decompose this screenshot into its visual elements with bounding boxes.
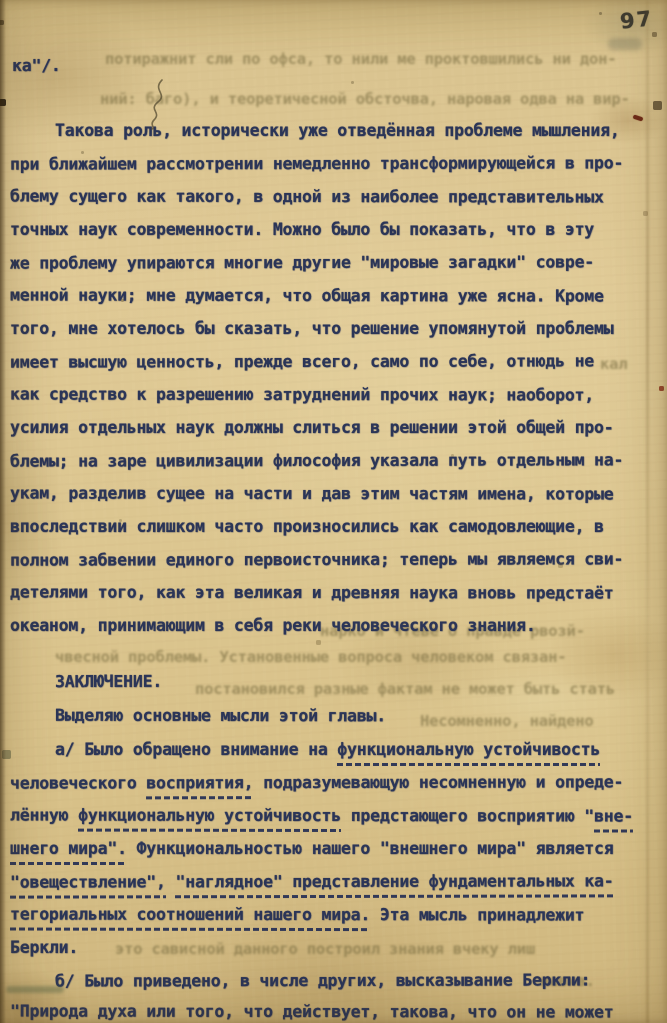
typed-line: как средство к разрешению затруднений пр… — [10, 384, 594, 405]
typed-line: а/ Было обращено внимание на функциональ… — [55, 740, 600, 760]
typed-line: менной науки; мне думается, что общая ка… — [10, 285, 604, 306]
typed-line: блемы; на заре цивилизации философия ука… — [10, 450, 623, 471]
typed-line: имеет высшую ценность, прежде всего, сам… — [10, 351, 594, 372]
scanned-page: потиражнит сли по офса, то нили ме прокт… — [0, 0, 667, 1023]
page-number: 97 — [619, 6, 655, 33]
underlined-phrase: функциональную устойчивость — [337, 740, 600, 766]
bleedthrough-line: постановился разные фактам не может быть… — [195, 680, 615, 698]
typed-line: блему сущего как такого, в одной из наиб… — [10, 186, 604, 207]
bleedthrough-line: чвесной проблемы. Установенные вопроса ч… — [55, 648, 566, 666]
ink-smudge-left-margin — [6, 986, 64, 993]
ink-specks — [0, 0, 1, 1]
page-left-edge-shadow — [0, 0, 6, 1023]
typed-line: тегориальных соотношений нашего мира. Эт… — [10, 904, 584, 925]
typed-line: же проблему упираются многие другие "мир… — [10, 252, 594, 273]
typed-line: того, мне хотелось бы сказать, что решен… — [10, 319, 614, 339]
underlined-phrase: тегориальных соотношений нашего мира. — [10, 904, 370, 931]
typed-line: точных наук современности. Можно было бы… — [10, 220, 594, 240]
underlined-phrase: "овеществление", — [10, 872, 166, 898]
typed-line: усилия отдельных наук должны слиться в р… — [10, 418, 614, 438]
underlined-phrase: вне- — [594, 806, 633, 832]
typed-line: при ближайшем рассмотрении немедленно тр… — [10, 153, 623, 174]
typed-line: детелями того, как эта великая и древняя… — [10, 582, 614, 603]
typed-line: океаном, принимающим в себя реки человеч… — [10, 616, 536, 636]
underlined-phrase: функциональную устойчивость — [78, 806, 341, 832]
paper-crease — [646, 0, 649, 1023]
bleedthrough-line: ний: баго), и теоретичесной обсточва, на… — [100, 90, 630, 108]
bleedthrough-line: Несомненно, найдено — [420, 712, 594, 730]
typed-line: Такова роль, исторически уже отведённая … — [55, 121, 620, 141]
bleedthrough-line: это сависной данного построил знания вче… — [115, 940, 535, 958]
underlined-phrase: шнего мира". — [10, 839, 127, 865]
red-ink-speck — [633, 115, 644, 122]
typed-line: укам, разделив сущее на части и дав этим… — [10, 483, 614, 504]
typed-line: "Природа духа или того, что действует, т… — [10, 1001, 614, 1022]
typed-line: ЗАКЛЮЧЕНИЕ. — [55, 672, 162, 692]
ink-smudge-top-right — [608, 38, 642, 50]
underlined-phrase: восприятия, — [146, 773, 253, 799]
typed-line: впоследствии слишком часто произносились… — [10, 517, 604, 537]
bleedthrough-line: кал — [600, 355, 627, 373]
underlined-phrase: "наглядное" представление фундаментальны… — [175, 871, 613, 898]
typed-line: Беркли. — [10, 938, 78, 958]
typed-line: б/ Было приведено, в числе других, выска… — [55, 970, 590, 991]
typed-line: полном забвении единого первоисточника; … — [10, 549, 623, 570]
typed-line: шнего мира". Функциональностью нашего "в… — [10, 839, 614, 859]
typed-line: лённую функциональную устойчивость предс… — [10, 805, 633, 826]
typed-line: человеческого восприятия, подразумевающу… — [10, 772, 623, 793]
typed-line: Выделяю основные мысли этой главы. — [55, 706, 386, 727]
typed-line: "овеществление", "наглядное" представлен… — [10, 871, 614, 892]
bleedthrough-line: потиражнит сли по офса, то нили ме прокт… — [105, 50, 616, 68]
typed-line: ка"/. — [12, 56, 61, 76]
